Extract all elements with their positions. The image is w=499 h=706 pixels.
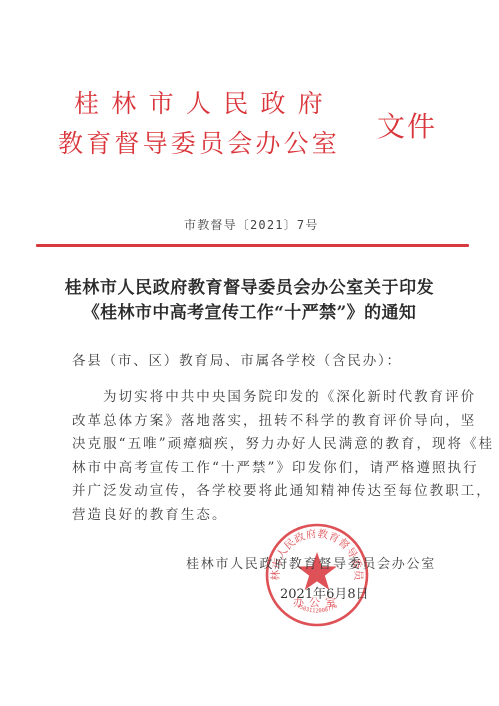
body-line: 改革总体方案》落地落实，扭转不科学的教育评价导向，坚 [72,410,424,434]
signature-organization: 桂林市人民政府教育督导委员会办公室 [186,556,436,574]
document-number: 市教督导〔2021〕7号 [184,217,319,233]
body-paragraph: 为切实将中共中央国务院印发的《深化新时代教育评价 改革总体方案》落地落实，扭转不… [72,386,424,528]
body-line: 为切实将中共中央国务院印发的《深化新时代教育评价 [72,386,424,410]
body-line: 并广泛发动宣传，各学校要将此通知精神传达至每位教职工， [72,480,424,504]
body-line: 决克服“五唯”顽瘴痼疾，努力办好人民满意的教育，现将《桂 [72,433,424,457]
official-seal: 桂林市人民政府教育督导委员会 办公室 4503112008776 [264,522,370,628]
notice-title-line-2: 《桂林市中高考宣传工作“十严禁”》的通知 [0,302,499,324]
salutation: 各县（市、区）教育局、市属各学校（含民办）： [72,352,402,370]
signature-date: 2021年6月8日 [280,586,369,604]
letterhead-line-2: 教育督导委员会办公室 [58,129,340,159]
seal-graphic: 桂林市人民政府教育督导委员会 办公室 4503112008776 [264,522,370,628]
letterhead-line-1: 桂林市人民政府 [74,89,335,119]
notice-title-line-1: 桂林市人民政府教育督导委员会办公室关于印发 [0,277,499,299]
letterhead-suffix: 文件 [377,110,437,144]
body-line: 营造良好的教育生态。 [72,504,424,528]
red-separator-line [36,244,469,247]
body-line: 林市中高考宣传工作“十严禁”》印发你们，请严格遵照执行 [72,457,424,481]
